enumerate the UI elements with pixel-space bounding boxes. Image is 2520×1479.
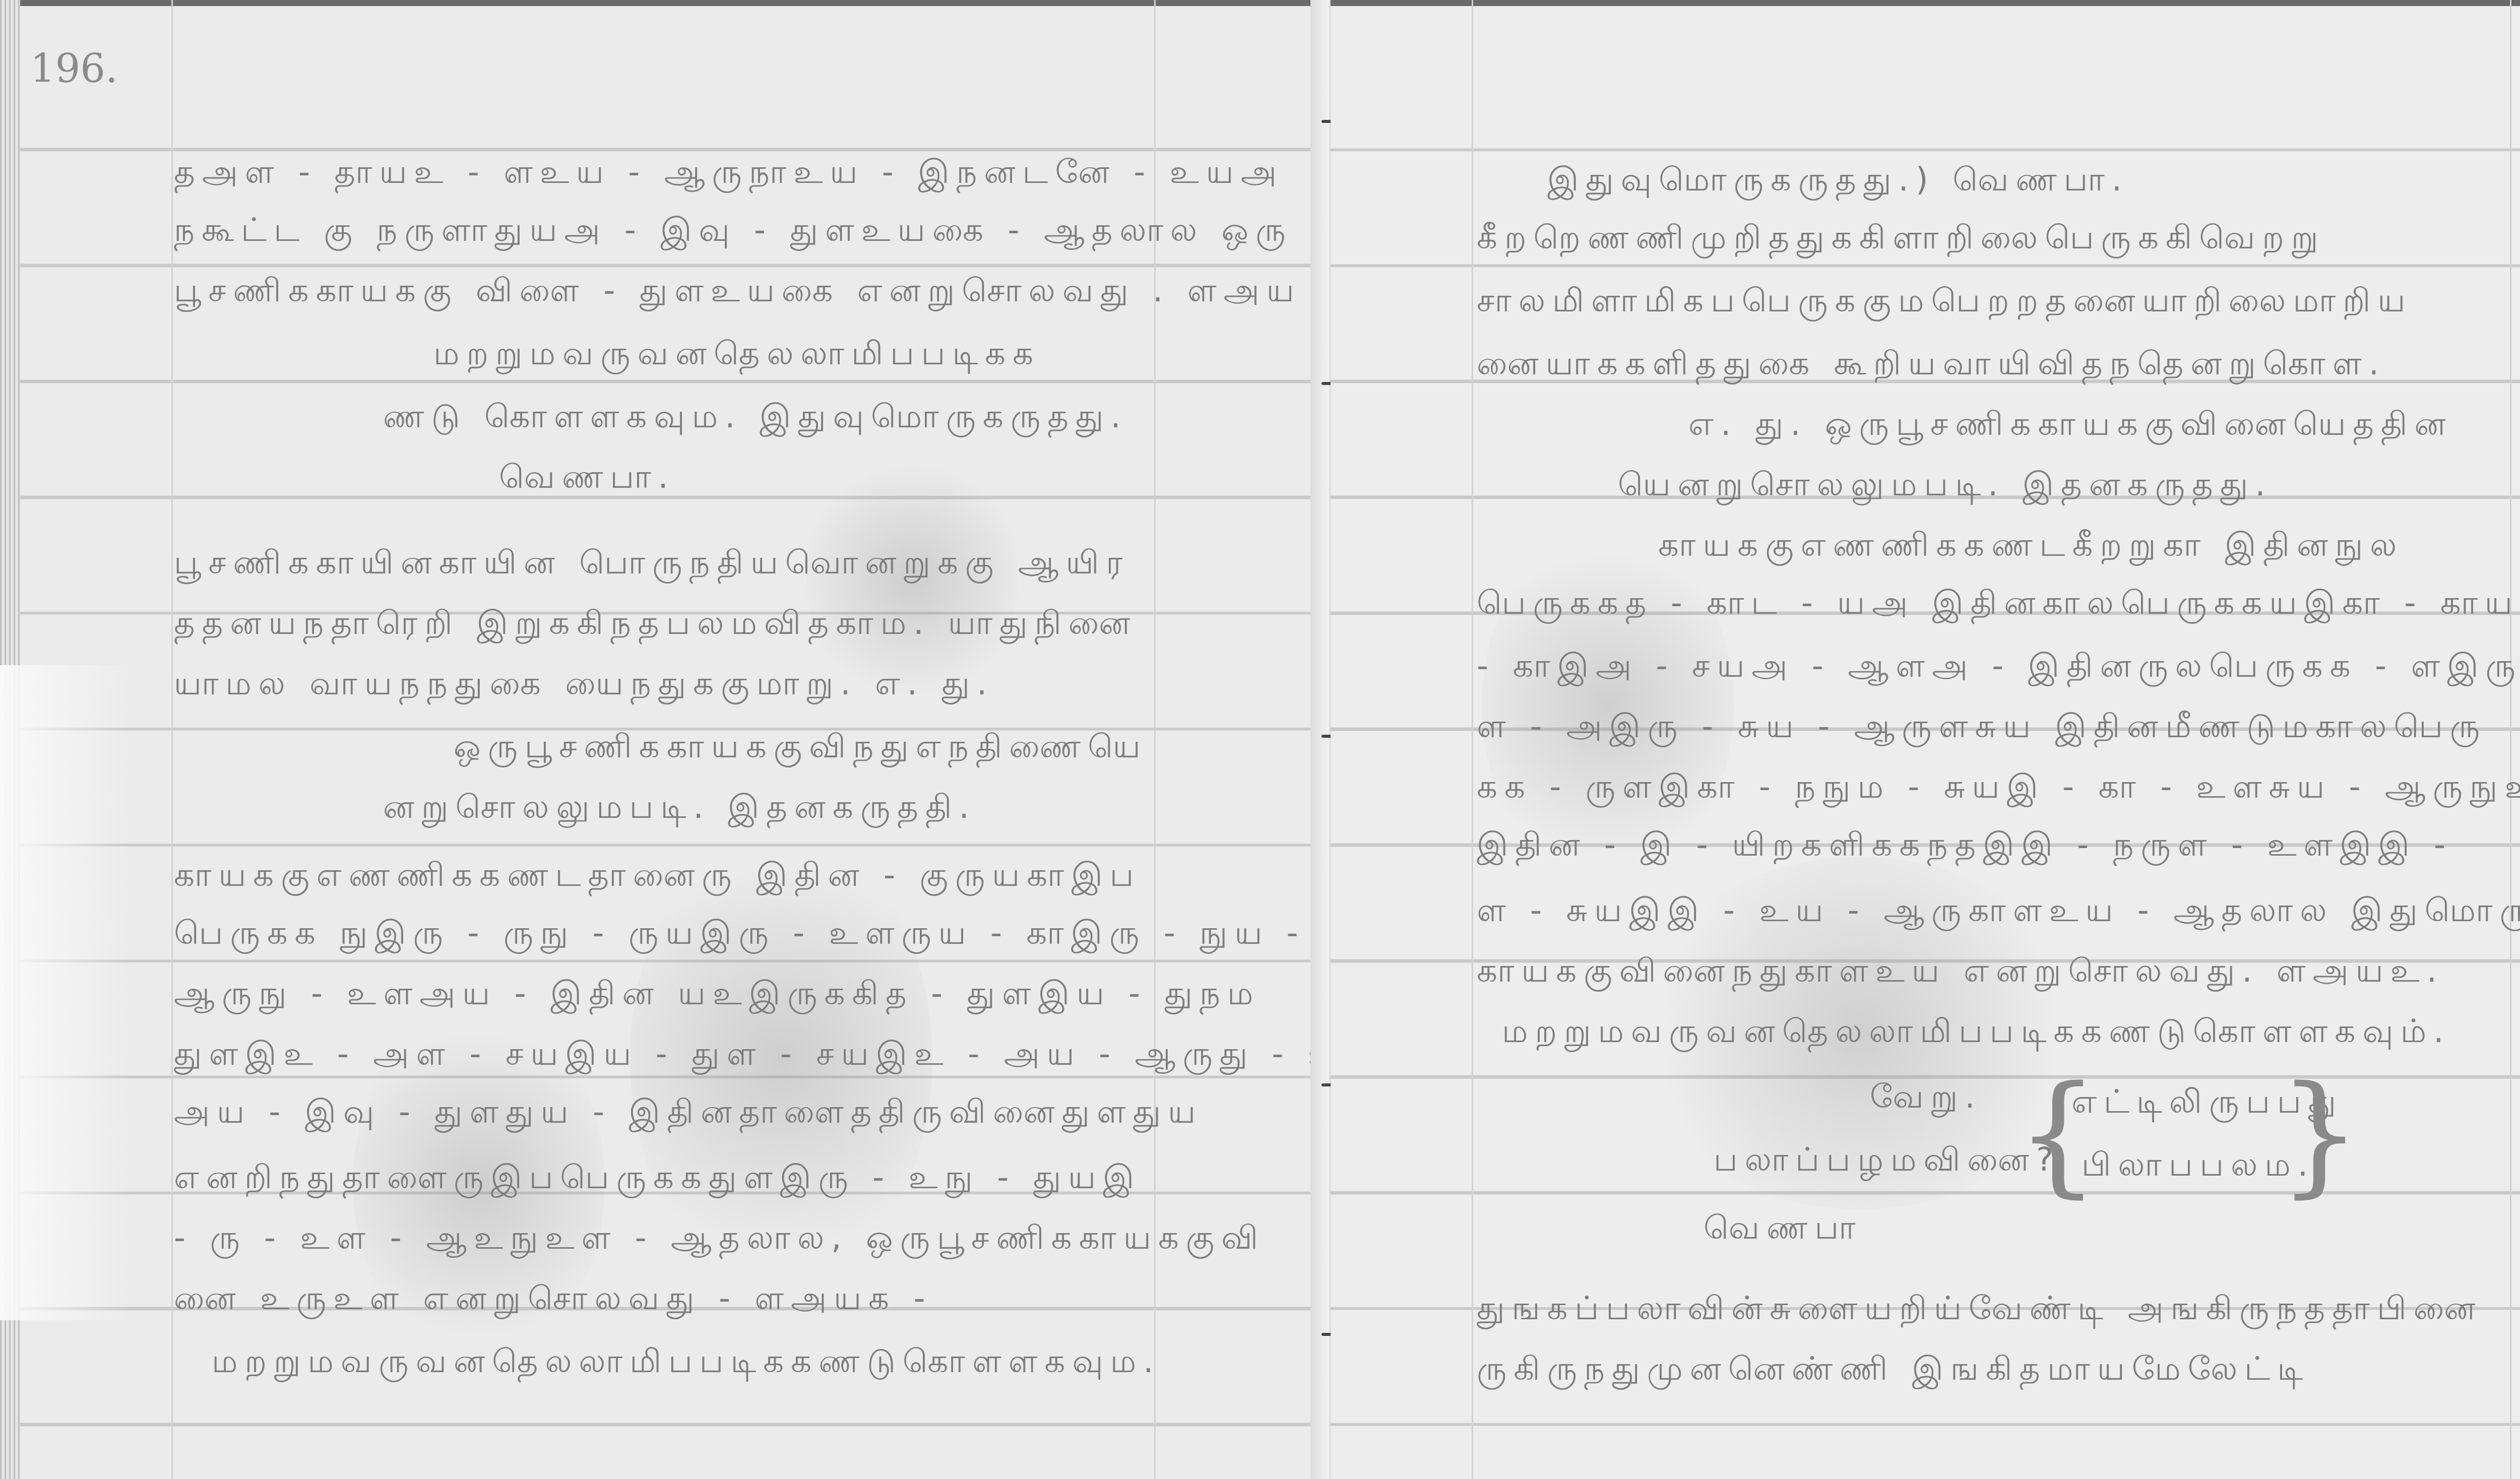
text-line: நகூட்ட கு நருளாதுயஅ - இவு - துளஉயகை - ஆத… (174, 212, 1293, 253)
right-margin-rule (2510, 0, 2511, 1479)
foxing-stain (353, 1008, 605, 1361)
text-line: தஅள - தாயஉ - ளஉய - ஆருநாஉய - இநனடனே - உய… (174, 154, 1284, 195)
text-line: னறுசொலலுமபடி. இதனகருததி. (383, 789, 976, 830)
faded-patch (0, 665, 131, 1320)
text-line: ஒருபூசணிககாயககுவிநதுஎநதிணையெ (454, 728, 1148, 769)
text-line: சாலமிளாமிகபபெருககுமபெறறதனையாறிலைமாறிய (1477, 282, 2412, 324)
venba-line: துஙகப்பலாவின்சுளையறிய்வேண்டி அஙகிருநததாப… (1477, 1290, 2482, 1331)
text-line: காயககுஎணணிககணடதானைரு இதின - குருயகாஇப (174, 857, 1141, 898)
text-line: னையாககளிததுகை கூறியவாயிவிதநதெனறுகொள. (1477, 345, 2386, 387)
text-line: ணடு கொளளகவும. இதுவுமொருகருதது. (383, 398, 1128, 439)
foxing-stain (1482, 529, 1734, 882)
text-line: எ. து. ஒருபூசணிககாயககுவினையெததின (1688, 406, 2452, 447)
left-margin-rule (171, 0, 173, 1479)
text-line: இதுவுமொருகருதது.) வெணபா. (1547, 161, 2129, 203)
text-line: மறறுமவருவனதெலலாமிபபடிகக (433, 335, 1040, 376)
right-brace: } (2278, 1058, 2361, 1210)
text-line: மறறுமவருவனதெலலாமிபபடிககணடுகொளளகவும. (212, 1343, 1160, 1384)
page-number: 196. (30, 46, 118, 92)
page-top-edge (1331, 0, 2520, 6)
venba-line: ருகிருநதுமுனனெண்ணி இஙகிதமாயமேலேட்டி (1477, 1351, 2310, 1392)
venba-label: வெணபா (1704, 1209, 1863, 1251)
right-page: 197 இதுவுமொருகருதது.) வெணபா. கீறறெணணிமுற… (1331, 0, 2520, 1479)
left-margin-rule (1472, 0, 1473, 1479)
text-line: காயககுஎணணிககணடகீறறுகா இதினநுல (1658, 527, 2404, 568)
manuscript-spread: 196. தஅள - தாயஉ - ளஉய - ஆருநாஉய - இநனடனே… (0, 0, 2520, 1479)
foxing-stain (630, 831, 932, 1285)
foxing-stain (806, 454, 1018, 705)
left-page: 196. தஅள - தாயஉ - ளஉய - ஆருநாஉய - இநனடனே… (0, 0, 1320, 1479)
text-line: யெனறுசொலலுமபடி. இதனகருதது. (1618, 466, 2273, 507)
page-top-edge (0, 0, 1320, 6)
text-line: கீறறெணணிமுறிததுககிளாறிலைபெருககிவெறறு (1477, 219, 2325, 261)
text-line: வெணபா. (499, 459, 675, 500)
foxing-stain (1633, 857, 2087, 1209)
text-line: பூசணிககாயககு விளை - துளஉயகை எனறுசொலவது .… (174, 272, 1301, 313)
